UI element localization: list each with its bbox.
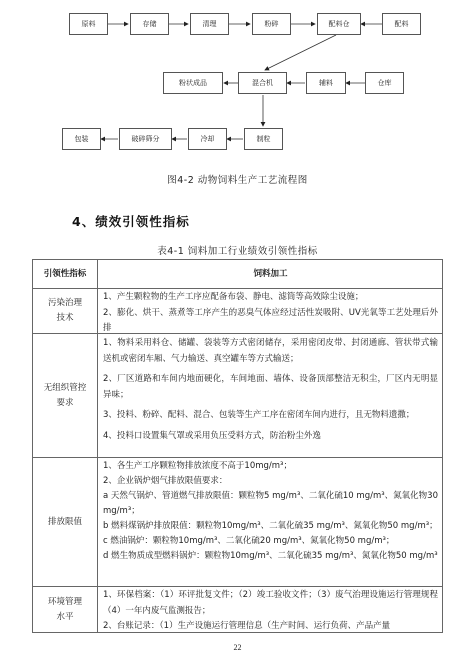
- table-row: 排放限值 1、各生产工序颗粒物排放浓度不高于10mg/m³； 2、企业锅炉烟气排…: [33, 458, 442, 587]
- row-content: 1、环保档案：（1）环评批复文件；（2）竣工验收文件；（3）废气治理设施运行管理…: [98, 587, 442, 632]
- row-indicator: 排放限值: [33, 458, 98, 586]
- table-row: 无组织管控 要求 1、物料采用料仓、储罐、袋装等方式密闭储存，采用密闭皮带、封闭…: [33, 334, 442, 458]
- content-item: 1、物料采用料仓、储罐、袋装等方式密闭储存，采用密闭皮带、封闭通廊、管状带式输送…: [103, 336, 438, 367]
- content-item: 1、各生产工序颗粒物排放浓度不高于10mg/m³；: [103, 459, 438, 474]
- header-feed-processing: 饲料加工: [98, 260, 442, 288]
- indicator-table: 引领性指标 饲料加工 污染治理 技术 1、产生颗粒物的生产工序应配备布袋、静电、…: [32, 259, 443, 633]
- row-indicator: 环境管理 水平: [33, 587, 98, 632]
- row-content: 1、产生颗粒物的生产工序应配备布袋、静电、滤筒等高效除尘设施； 2、膨化、烘干、…: [98, 289, 442, 333]
- node-mixer: 混合机: [238, 72, 287, 94]
- node-cooling: 冷却: [188, 128, 227, 150]
- node-pelleting: 制粒: [244, 128, 283, 150]
- node-packaging: 包装: [62, 128, 101, 150]
- content-item: 4、投料口设置集气罩或采用负压受料方式，防治粉尘外逸: [103, 429, 438, 445]
- row-indicator: 无组织管控 要求: [33, 334, 98, 457]
- table-title: 表4-1 饲料加工行业绩效引领性指标: [0, 243, 475, 257]
- content-item: 1、产生颗粒物的生产工序应配备布袋、静电、滤筒等高效除尘设施；: [103, 290, 438, 306]
- content-item: a 天然气锅炉、管道燃气排放限值：颗粒物5 mg/m³、二氧化硫10 mg/m³…: [103, 489, 438, 519]
- content-item: 1、环保档案：（1）环评批复文件；（2）竣工验收文件；（3）废气治理设施运行管理…: [103, 588, 438, 619]
- node-warehouse: 仓库: [365, 72, 404, 94]
- row-content: 1、物料采用料仓、储罐、袋装等方式密闭储存，采用密闭皮带、封闭通廊、管状带式输送…: [98, 334, 442, 457]
- table-row: 污染治理 技术 1、产生颗粒物的生产工序应配备布袋、静电、滤筒等高效除尘设施； …: [33, 289, 442, 334]
- page-number: 22: [0, 643, 475, 652]
- content-item: 3、投料、粉碎、配料、混合、包装等生产工序在密闭车间内进行，且无物料遗撒；: [103, 408, 438, 424]
- table-row: 环境管理 水平 1、环保档案：（1）环评批复文件；（2）竣工验收文件；（3）废气…: [33, 587, 442, 633]
- node-crumble-screen: 破碎筛分: [119, 128, 172, 150]
- section-title: 4、绩效引领性指标: [72, 212, 190, 230]
- content-item: 2、企业锅炉烟气排放限值要求：: [103, 474, 438, 489]
- indicator-line: 无组织管控: [44, 381, 87, 396]
- indicator-line: 排放限值: [48, 515, 82, 530]
- node-ingredients: 配料: [382, 13, 421, 35]
- content-item: 2、膨化、烘干、蒸煮等工序产生的恶臭气体应经过活性炭吸附、UV光氧等工艺处理后外…: [103, 306, 438, 337]
- content-item: b 燃料煤锅炉排放限值：颗粒物10mg/m³、二氧化硫35 mg/m³、氮氧化物…: [103, 519, 438, 534]
- indicator-line: 水平: [48, 610, 82, 625]
- row-indicator: 污染治理 技术: [33, 289, 98, 333]
- header-indicator: 引领性指标: [33, 260, 98, 288]
- node-cleaning: 清理: [190, 13, 229, 35]
- table-header-row: 引领性指标 饲料加工: [33, 260, 442, 289]
- content-item: 2、厂区道路和车间内地面硬化，车间地面、墙体、设备顶部整洁无积尘，厂区内无明显异…: [103, 372, 438, 403]
- content-item: 2、台账记录：（1）生产设施运行管理信息（生产时间、运行负荷、产品产量: [103, 619, 438, 632]
- indicator-line: 环境管理: [48, 595, 82, 610]
- indicator-line: 要求: [44, 396, 87, 411]
- node-powder-product: 粉状成品: [163, 72, 223, 94]
- node-batching-bin: 配料仓: [317, 13, 361, 35]
- indicator-line: 污染治理: [48, 296, 82, 311]
- node-storage: 存储: [130, 13, 169, 35]
- row-content: 1、各生产工序颗粒物排放浓度不高于10mg/m³； 2、企业锅炉烟气排放限值要求…: [98, 458, 442, 586]
- indicator-line: 技术: [48, 311, 82, 326]
- content-item: c 燃油锅炉：颗粒物10mg/m³、二氧化硫20 mg/m³、氮氧化物50 mg…: [103, 534, 438, 549]
- node-crushing: 粉碎: [252, 13, 291, 35]
- process-flowchart: 原料 存储 清理 粉碎 配料仓 配料 粉状成品 混合机 辅料 仓库 包装 破碎筛…: [0, 0, 475, 150]
- figure-caption: 图4-2 动物饲料生产工艺流程图: [0, 172, 475, 186]
- node-additives: 辅料: [306, 72, 346, 94]
- content-item: d 燃生物质成型燃料锅炉：颗粒物10mg/m³、二氧化硫35 mg/m³、氮氧化…: [103, 549, 438, 564]
- node-raw-material: 原料: [69, 13, 108, 35]
